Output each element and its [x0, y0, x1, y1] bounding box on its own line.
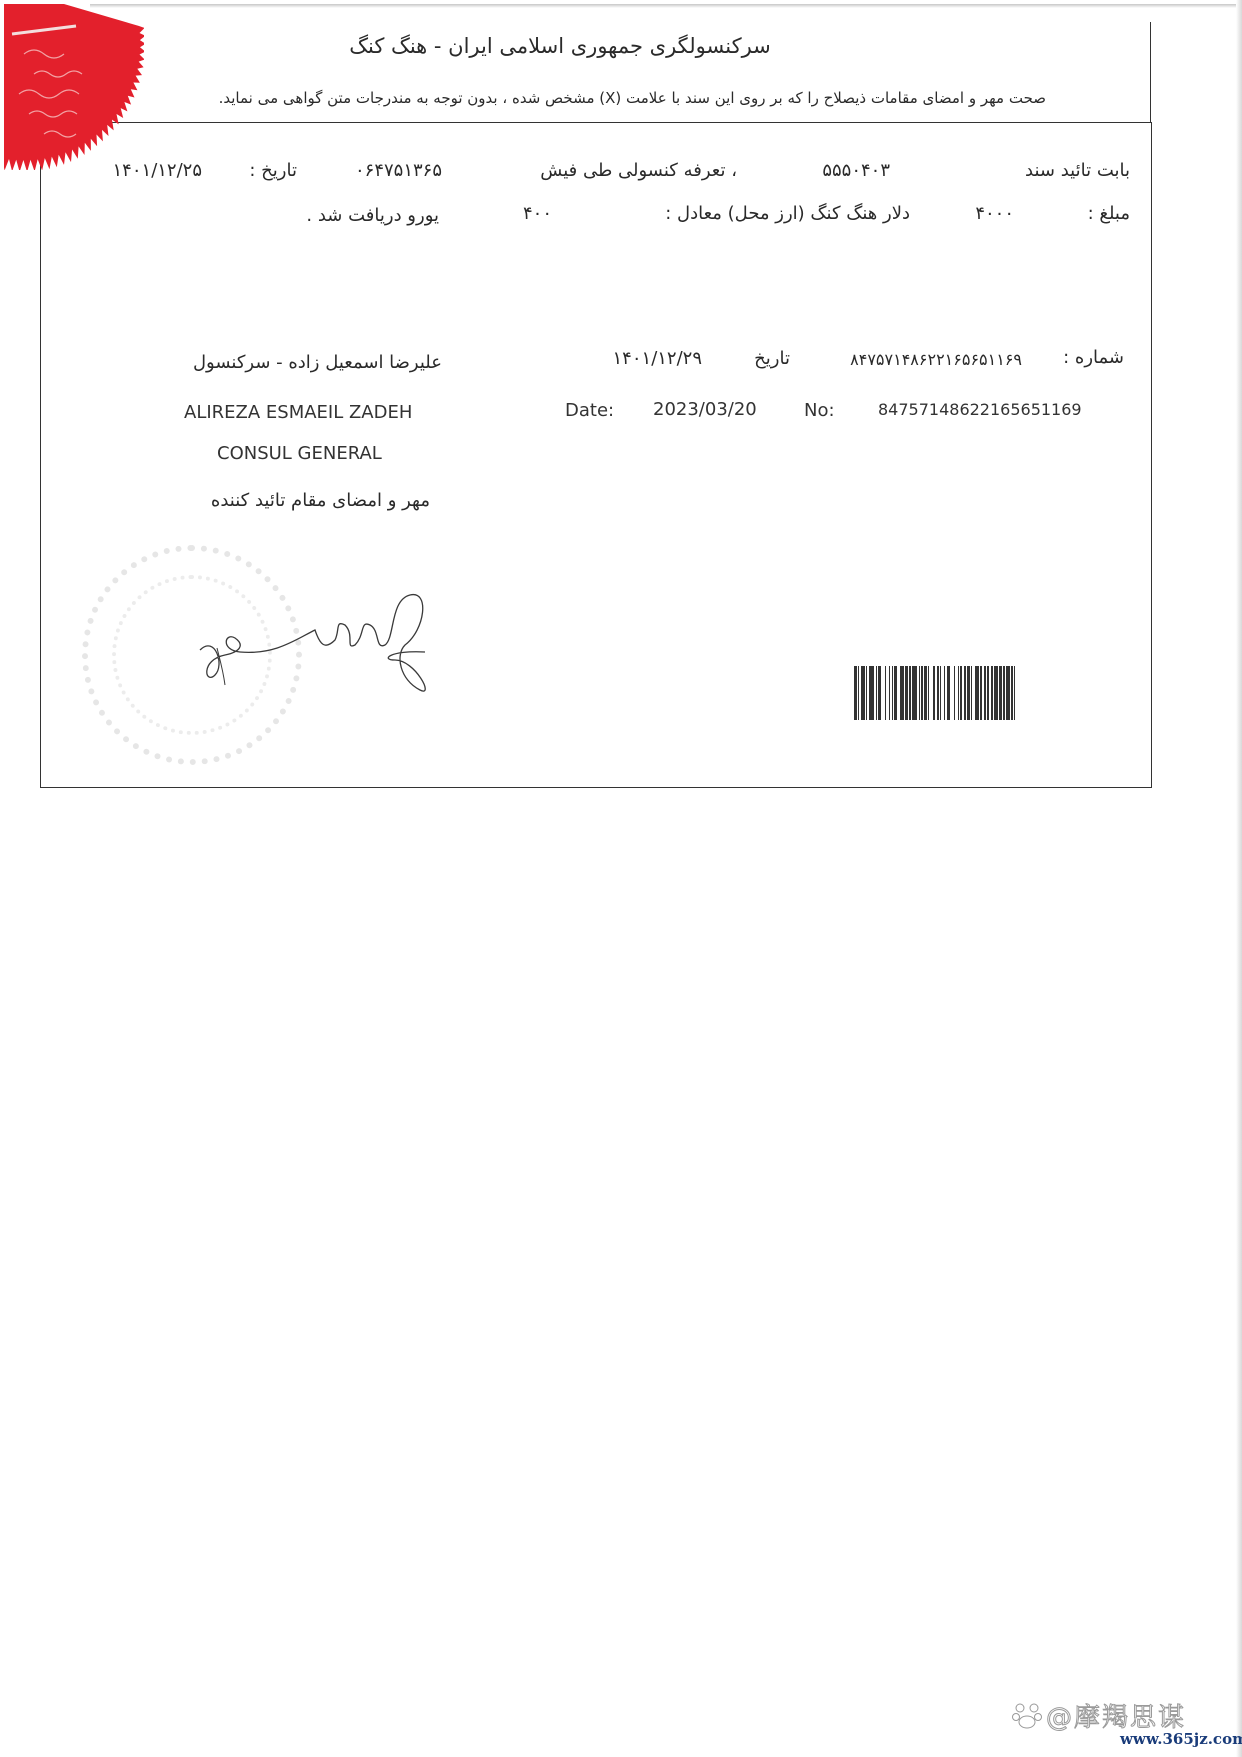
amount-euro: ۴۰۰ [523, 203, 552, 224]
red-wax-seal-icon [4, 4, 144, 170]
signatory-title-en: CONSUL GENERAL [217, 443, 382, 464]
barcode-icon [854, 666, 1120, 720]
certification-text: صحت مهر و امضای مقامات ذیصلاح را که بر ر… [219, 89, 1046, 107]
purpose-label: بابت تائید سند [1025, 160, 1130, 181]
document-title: سرکنسولگری جمهوری اسلامی ایران - هنگ کنگ [320, 34, 800, 58]
registration-date-label-fa: تاریخ [754, 348, 790, 369]
signatory-name-en: ALIREZA ESMAEIL ZADEH [184, 402, 412, 423]
local-currency-label: دلار هنگ کنگ (ارز محل) معادل : [665, 203, 910, 224]
registration-date-label-en: Date: [565, 400, 614, 421]
receipt-date-label: تاریخ : [249, 160, 297, 181]
registration-date-fa: ۱۴۰۱/۱۲/۲۹ [613, 348, 702, 369]
scan-page-edge-top [90, 4, 1240, 8]
registration-number-label-fa: شماره : [1063, 347, 1124, 368]
amount-label: مبلغ : [1088, 203, 1130, 224]
amount-local: ۴۰۰۰ [975, 203, 1014, 224]
euro-received-label: یورو دریافت شد . [306, 205, 439, 226]
scan-page-edge-right [1236, 0, 1242, 1757]
receipt-number: ۰۶۴۷۵۱۳۶۵ [355, 160, 442, 181]
watermark-url: www.365jz.com [1120, 1730, 1242, 1748]
signatory-name-title-fa: علیرضا اسمعیل زاده - سرکنسول [193, 352, 442, 373]
registration-number-label-en: No: [804, 400, 835, 421]
registration-number-en: 84757148622165651169 [878, 400, 1082, 419]
watermark-handle: @摩羯思谋 [1046, 1697, 1186, 1734]
document-code: ۵۵۵۰۴۰۳ [822, 160, 890, 181]
baidu-paw-icon [1012, 1700, 1042, 1730]
registration-number-fa: ۸۴۷۵۷۱۴۸۶۲۲۱۶۵۶۵۱۱۶۹ [850, 350, 1022, 369]
handwritten-signature-icon [195, 590, 435, 700]
seal-caption-fa: مهر و امضای مقام تائید کننده [211, 490, 430, 511]
tariff-label: ، تعرفه کنسولی طی فیش [540, 160, 737, 181]
registration-date-en: 2023/03/20 [653, 399, 757, 420]
